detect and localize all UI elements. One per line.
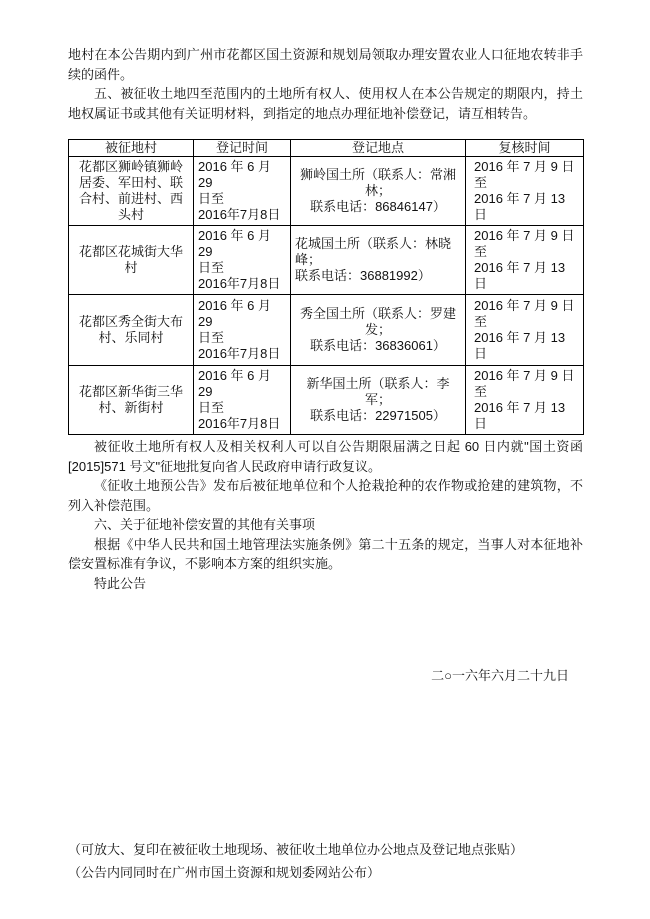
paragraph-administrative-review: 被征收土地所有权人及相关权利人可以自公告期限届满之日起 60 日内就"国土资函[… xyxy=(68,437,583,476)
document-content: 地村在本公告期内到广州市花都区国土资源和规划局领取办理安置农业人口征地农转非手续… xyxy=(68,45,583,884)
cell-review-time: 2016 年 7 月 9 日至 2016 年 7 月 13 日 xyxy=(466,157,584,226)
table-row-xinhua: 花都区新华街三华村、新街村 2016 年 6 月 29 日至 2016年7月8日… xyxy=(69,366,584,435)
cell-village: 花都区新华街三华村、新街村 xyxy=(69,366,194,435)
cell-review-time: 2016 年 7 月 9 日至 2016 年 7 月 13 日 xyxy=(466,295,584,366)
paragraph-section-six-heading: 六、关于征地补偿安置的其他有关事项 xyxy=(68,515,583,535)
column-header-review-time: 复核时间 xyxy=(466,140,584,157)
column-header-registration-time: 登记时间 xyxy=(194,140,291,157)
column-header-village: 被征地村 xyxy=(69,140,194,157)
paragraph-regulation-basis: 根据《中华人民共和国土地管理法实施条例》第二十五条的规定，当事人对本征地补偿安置… xyxy=(68,535,583,574)
cell-registration-time: 2016 年 6 月 29 日至 2016年7月8日 xyxy=(194,366,291,435)
cell-village: 花都区花城街大华村 xyxy=(69,226,194,295)
cell-registration-location: 秀全国土所（联系人：罗建发； 联系电话：36836061） xyxy=(291,295,466,366)
table-header-row: 被征地村 登记时间 登记地点 复核时间 xyxy=(69,140,584,157)
body-paragraphs: 被征收土地所有权人及相关权利人可以自公告期限届满之日起 60 日内就"国土资函[… xyxy=(68,437,583,593)
cell-review-time: 2016 年 7 月 9 日至 2016 年 7 月 13 日 xyxy=(466,366,584,435)
cell-registration-time: 2016 年 6 月 29 日至 2016年7月8日 xyxy=(194,157,291,226)
table-row-huacheng: 花都区花城街大华村 2016 年 6 月 29 日至 2016年7月8日 花城国… xyxy=(69,226,584,295)
cell-village: 花都区狮岭镇狮岭居委、军田村、联合村、前进村、西头村 xyxy=(69,157,194,226)
column-header-registration-location: 登记地点 xyxy=(291,140,466,157)
cell-registration-time: 2016 年 6 月 29 日至 2016年7月8日 xyxy=(194,295,291,366)
document-page: 地村在本公告期内到广州市花都区国土资源和规划局领取办理安置农业人口征地农转非手续… xyxy=(0,0,650,919)
cell-village: 花都区秀全街大布村、乐同村 xyxy=(69,295,194,366)
paragraph-closing: 特此公告 xyxy=(68,574,583,594)
table-row-xiuquan: 花都区秀全街大布村、乐同村 2016 年 6 月 29 日至 2016年7月8日… xyxy=(69,295,584,366)
footer-note-posting: （可放大、复印在被征收土地现场、被征收土地单位办公地点及登记地点张贴） xyxy=(68,838,583,861)
table-row-shiling: 花都区狮岭镇狮岭居委、军田村、联合村、前进村、西头村 2016 年 6 月 29… xyxy=(69,157,584,226)
paragraph-section-five: 五、被征收土地四至范围内的土地所有权人、使用权人在本公告规定的期限内，持土地权属… xyxy=(68,84,583,123)
cell-review-time: 2016 年 7 月 9 日至 2016 年 7 月 13 日 xyxy=(466,226,584,295)
footer-note-website: （公告内同同时在广州市国土资源和规划委网站公布） xyxy=(68,861,583,884)
cell-registration-location: 狮岭国土所（联系人：常湘林； 联系电话：86846147） xyxy=(291,157,466,226)
registration-table: 被征地村 登记时间 登记地点 复核时间 花都区狮岭镇狮岭居委、军田村、联合村、前… xyxy=(68,139,584,435)
cell-registration-location: 新华国土所（联系人：李军； 联系电话：22971505） xyxy=(291,366,466,435)
document-date: 二○一六年六月二十九日 xyxy=(68,666,583,686)
cell-registration-location: 花城国土所（联系人：林晓峰； 联系电话：36881992） xyxy=(291,226,466,295)
paragraph-no-compensation: 《征收土地预公告》发布后被征地单位和个人抢栽抢种的农作物或抢建的建筑物，不列入补… xyxy=(68,476,583,515)
paragraph-continuation: 地村在本公告期内到广州市花都区国土资源和规划局领取办理安置农业人口征地农转非手续… xyxy=(68,45,583,84)
cell-registration-time: 2016 年 6 月 29 日至 2016年7月8日 xyxy=(194,226,291,295)
